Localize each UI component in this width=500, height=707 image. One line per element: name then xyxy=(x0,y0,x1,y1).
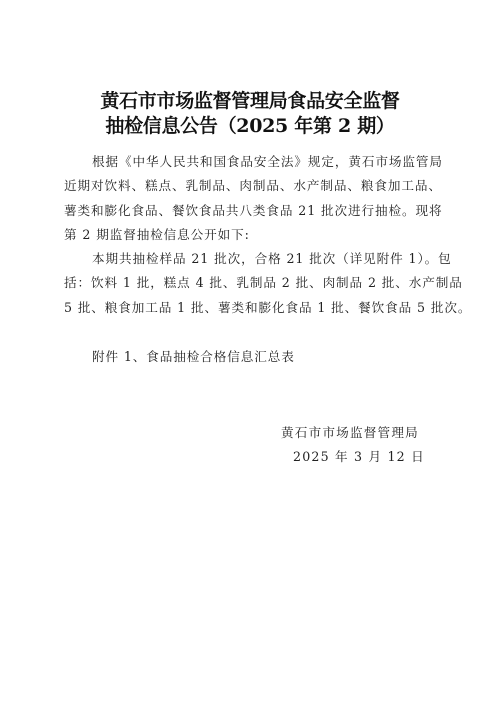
body-paragraph-1-line-3: 薯类和膨化食品、餐饮食品共八类食品 21 批次进行抽检。现将 xyxy=(64,203,440,219)
body-paragraph-2-line-3: 5 批、粮食加工品 1 批、薯类和膨化食品 1 批、餐饮食品 5 批次。 xyxy=(64,300,440,316)
signature-issuer: 黄石市市场监督管理局 xyxy=(281,425,419,441)
document-title-line-2: 抽检信息公告（2025 年第 2 期） xyxy=(0,115,500,137)
body-paragraph-1-line-2: 近期对饮料、糕点、乳制品、肉制品、水产制品、粮食加工品、 xyxy=(64,178,440,194)
signature-date: 2025 年 3 月 12 日 xyxy=(293,449,425,465)
body-paragraph-2-line-1: 本期共抽检样品 21 批次，合格 21 批次（详见附件 1）。包 xyxy=(92,251,468,267)
document-page: 黄石市市场监督管理局食品安全监督 抽检信息公告（2025 年第 2 期） 根据《… xyxy=(0,0,500,707)
attachment-reference: 附件 1、食品抽检合格信息汇总表 xyxy=(92,349,468,365)
body-paragraph-1-line-4: 第 2 期监督抽检信息公开如下: xyxy=(64,227,440,243)
body-paragraph-2-line-2: 括：饮料 1 批，糕点 4 批、乳制品 2 批、肉制品 2 批、水产制品 xyxy=(64,275,440,291)
document-title-line-1: 黄石市市场监督管理局食品安全监督 xyxy=(0,90,500,112)
body-paragraph-1-line-1: 根据《中华人民共和国食品安全法》规定，黄石市场监管局 xyxy=(92,154,468,170)
